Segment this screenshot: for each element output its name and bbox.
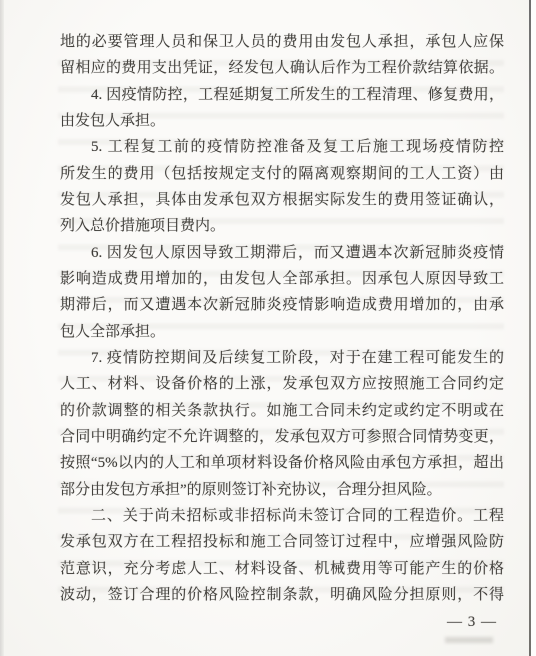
text-line: 4. 因疫情防控，工程延期复工所发生的工程清理、修复费用， (60, 82, 504, 108)
text-line: 6. 因发包人原因导致工期滞后，而又遭遇本次新冠肺炎疫情 (60, 240, 504, 266)
text-line: 7. 疫情防控期间及后续复工阶段，对于在建工程可能发生的 (60, 345, 504, 371)
document-text-block: 地的必要管理人员和保卫人员的费用由发包人承担，承包人应保 留相应的费用支出凭证，… (60, 29, 504, 608)
text-line: 合同中明确约定不允许调整的，发承包双方可参照合同情势变更， (60, 424, 504, 450)
text-line: 所发生的费用（包括按规定支付的隔离观察期间的工人工资）由 (60, 161, 504, 187)
document-page: 地的必要管理人员和保卫人员的费用由发包人承担，承包人应保 留相应的费用支出凭证，… (0, 0, 536, 656)
text-line: 人工、材料、设备价格的上涨，发承包双方应按照施工合同约定 (60, 371, 504, 397)
text-line: 包人全部承担。 (60, 319, 504, 345)
text-line: 的价款调整的相关条款执行。如施工合同未约定或约定不明或在 (60, 398, 504, 424)
scan-left-strip (0, 0, 4, 656)
text-line: 发包人承担，具体由发承包双方根据实际发生的费用签证确认， (60, 187, 504, 213)
text-line: 发承包双方在工程招投标和施工合同签订过程中，应增强风险防 (60, 529, 504, 555)
scan-right-margin (531, 0, 536, 656)
text-line: 二、关于尚未招标或非招标尚未签订合同的工程造价。工程 (60, 503, 504, 529)
text-line: 波动，签订合理的价格风险控制条款，明确风险分担原则，不得 (60, 582, 504, 608)
text-line: 留相应的费用支出凭证，经发包人确认后作为工程价款结算依据。 (60, 55, 504, 81)
page-number: — 3 — (447, 614, 497, 631)
text-line: 影响造成费用增加的，由发包人全部承担。因承包人原因导致工 (60, 266, 504, 292)
text-line: 范意识，充分考虑人工、材料设备、机械费用等可能产生的价格 (60, 556, 504, 582)
text-line: 部分由发包方承担”的原则签订补充协议，合理分担风险。 (60, 477, 504, 503)
text-line: 5. 工程复工前的疫情防控准备及复工后施工现场疫情防控 (60, 134, 504, 160)
text-line: 地的必要管理人员和保卫人员的费用由发包人承担，承包人应保 (60, 29, 504, 55)
page-number-ghost (445, 637, 493, 643)
text-line: 由发包人承担。 (60, 108, 504, 134)
text-line: 列入总价措施项目费内。 (60, 213, 504, 239)
text-line: 期滞后，而又遭遇本次新冠肺炎疫情影响造成费用增加的，由承 (60, 292, 504, 318)
text-line: 按照“5%以内的人工和单项材料设备价格风险由承包方承担，超出 (60, 450, 504, 476)
